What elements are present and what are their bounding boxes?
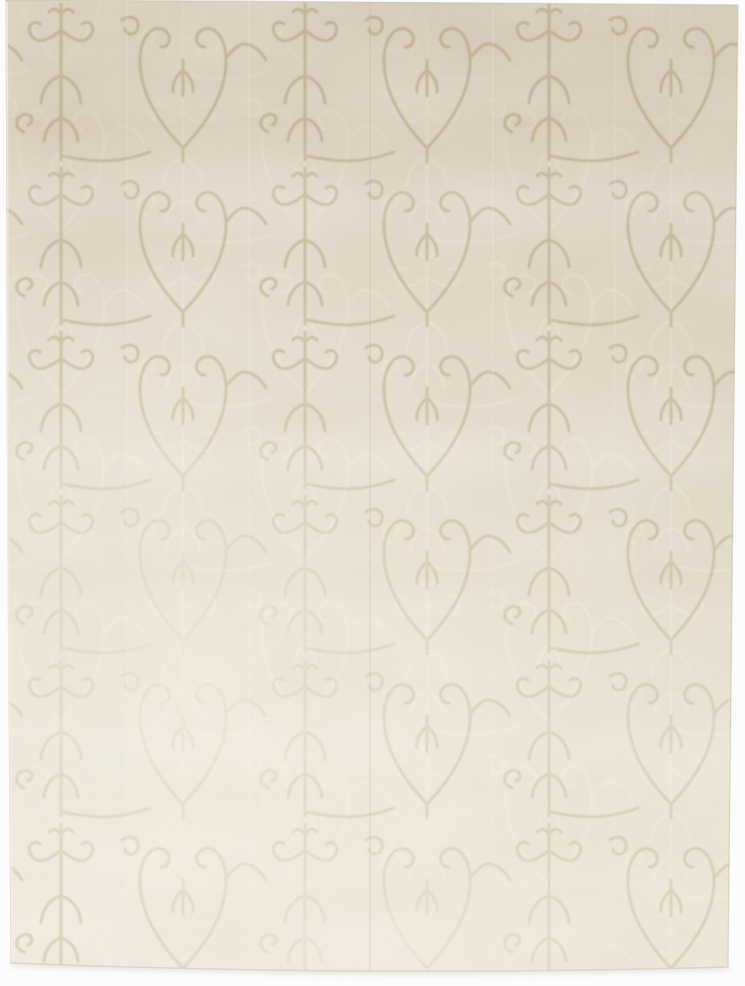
rug [0,0,745,986]
rug-photo-svg: Cream ivory area rug with tone-on-tone s… [0,0,745,986]
photo-stage: Cream ivory area rug with tone-on-tone s… [0,0,745,986]
rug-photo: Cream ivory area rug with tone-on-tone s… [0,0,745,986]
wool-grain-texture [0,0,745,986]
